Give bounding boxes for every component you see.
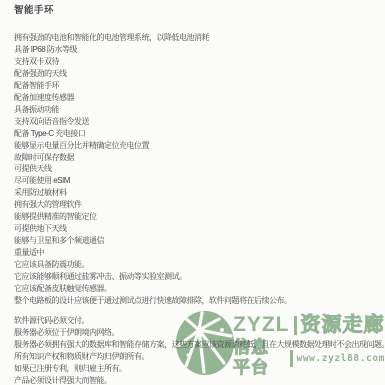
requirement-line: 能够提供精准的智能定位 (14, 211, 385, 223)
requirements-list: 拥有强劲的电池和智能化的电池管理系统，以降低电池消耗具备 IP68 防水等级支持… (14, 32, 385, 307)
legal-line: 软件源代码必须交付。 (14, 315, 385, 327)
requirement-line: 整个电路板的设计应该便于通过测试点进行快速故障排除，软件问题将在后续公布。 (14, 295, 385, 307)
legal-line: 如果已注册专利，则归雇主所有。 (14, 363, 385, 375)
requirement-line: 能够与卫星和多个频道通信 (14, 235, 385, 247)
legal-terms-list: 软件源代码必须交付。服务器必须位于伊朗境内网络。服务器必须拥有强大的数据库和智能… (14, 315, 385, 385)
requirement-line: 可提供地下天线 (14, 223, 385, 235)
requirement-line: 它应该配备皮肤触觉传感器。 (14, 283, 385, 295)
requirement-line: 故障时可保存数据 (14, 152, 385, 164)
requirement-line: 采用防过敏材料 (14, 187, 385, 199)
requirement-line: 配备强劲的天线 (14, 68, 385, 80)
requirement-line: 支持双卡双待 (14, 56, 385, 68)
requirement-line: 尽可能使用 eSIM (14, 175, 385, 187)
legal-line: 所有知识产权和物质财产均归伊朗所有。 (14, 351, 385, 363)
page-title: 智能手环 (14, 5, 385, 17)
legal-line: 服务器必须位于伊朗境内网络。 (14, 327, 385, 339)
requirement-line: 能够显示电量百分比并精确定位充电位置 (14, 140, 385, 152)
requirement-line: 支持双向语音指令发送 (14, 116, 385, 128)
requirement-line: 它应该具备防震功能。 (14, 259, 385, 271)
requirement-line: 拥有强劲的电池和智能化的电池管理系统，以降低电池消耗 (14, 32, 385, 44)
legal-line: 产品必须设计得强大而智能。 (14, 375, 385, 385)
requirement-line: 配备加速度传感器 (14, 92, 385, 104)
requirement-line: 拥有强大的管理软件 (14, 199, 385, 211)
document-body: 智能手环 拥有强劲的电池和智能化的电池管理系统，以降低电池消耗具备 IP68 防… (0, 0, 385, 385)
requirement-line: 它应该能够顺利通过盐雾冲击、振动等实验室测试。 (14, 271, 385, 283)
requirement-line: 具备 IP68 防水等级 (14, 44, 385, 56)
requirement-line: 具备振动功能 (14, 104, 385, 116)
requirement-line: 可提供天线 (14, 163, 385, 175)
requirement-line: 重量适中 (14, 247, 385, 259)
requirement-line: 配备 Type-C 充电接口 (14, 128, 385, 140)
requirement-line: 配备智能手环 (14, 80, 385, 92)
legal-line: 服务器必须拥有强大的数据库和智能存储方案，这些方案应该资源消耗低，且在大规模数据… (14, 339, 385, 351)
